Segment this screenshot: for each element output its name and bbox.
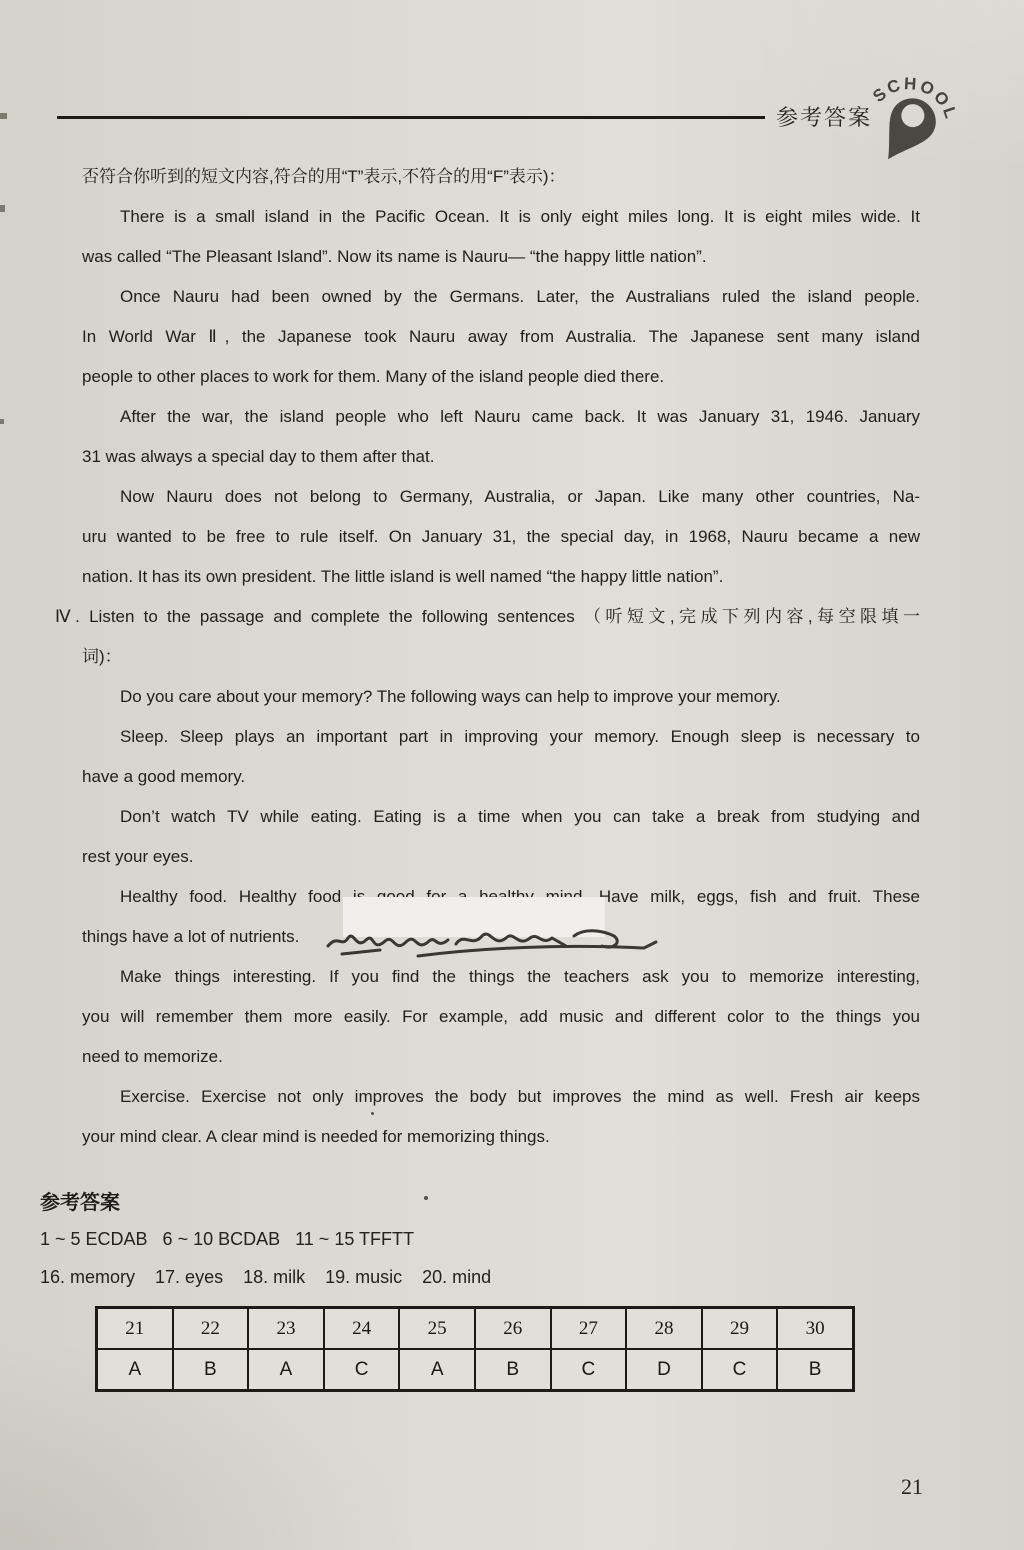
text-line: There is a small island in the Pacific O…: [82, 197, 920, 237]
text-line: In World War Ⅱ, the Japanese took Nauru …: [82, 317, 920, 357]
answer-cell: 22: [174, 1309, 250, 1350]
scan-artifact: [246, 1020, 249, 1023]
answer-cell: 28: [627, 1309, 703, 1350]
answers-heading: 参考答案: [40, 1186, 120, 1215]
text-line: After the war, the island people who lef…: [82, 397, 920, 437]
text-line: 词)：: [82, 637, 920, 677]
answer-cell: 21: [98, 1309, 174, 1350]
section-iv-heading: Ⅳ. Listen to the passage and complete th…: [82, 597, 920, 677]
text-line: Now Nauru does not belong to Germany, Au…: [82, 477, 920, 517]
text-line: 31 was always a special day to them afte…: [82, 437, 920, 477]
text-line: rest your eyes.: [82, 837, 920, 877]
scan-artifact: [424, 1196, 428, 1200]
answer-key-line-2: 16. memory 17. eyes 18. milk 19. music 2…: [40, 1267, 491, 1288]
text-line: nation. It has its own president. The li…: [82, 557, 920, 597]
answer-cell: D: [627, 1350, 703, 1389]
text-line: you will remember them more easily. For …: [82, 997, 920, 1037]
text-line: Sleep. Sleep plays an important part in …: [82, 717, 920, 757]
text-line: have a good memory.: [82, 757, 920, 797]
listening-passage-nauru: There is a small island in the Pacific O…: [82, 197, 920, 597]
answer-cell: A: [98, 1350, 174, 1389]
text-line: Don’t watch TV while eating. Eating is a…: [82, 797, 920, 837]
answer-table-answer-row: ABACABCDCB: [98, 1350, 852, 1389]
answer-key-line-1: 1 ~ 5 ECDAB 6 ~ 10 BCDAB 11 ~ 15 TFFTT: [40, 1229, 414, 1250]
header-rule: [57, 116, 765, 119]
answer-cell: B: [778, 1350, 852, 1389]
text-line: Exercise. Exercise not only improves the…: [82, 1077, 920, 1117]
answer-cell: B: [174, 1350, 250, 1389]
scan-artifact: [0, 419, 4, 424]
answer-cell: 30: [778, 1309, 852, 1350]
answer-cell: A: [400, 1350, 476, 1389]
text-line: Once Nauru had been owned by the Germans…: [82, 277, 920, 317]
page-number: 21: [901, 1474, 923, 1500]
answer-cell: B: [476, 1350, 552, 1389]
handwriting-scribble: [322, 920, 672, 970]
answer-cell: 25: [400, 1309, 476, 1350]
answer-cell: C: [325, 1350, 401, 1389]
text-line: need to memorize.: [82, 1037, 920, 1077]
page-body: 否符合你听到的短文内容,符合的用“T”表示,不符合的用“F”表示)： There…: [82, 157, 920, 1157]
text-line: people to other places to work for them.…: [82, 357, 920, 397]
answer-cell: C: [552, 1350, 628, 1389]
answer-cell: A: [249, 1350, 325, 1389]
answer-cell: 26: [476, 1309, 552, 1350]
text-line: your mind clear. A clear mind is needed …: [82, 1117, 920, 1157]
text-line: was called “The Pleasant Island”. Now it…: [82, 237, 920, 277]
text-line: uru wanted to be free to rule itself. On…: [82, 517, 920, 557]
answer-cell: 29: [703, 1309, 779, 1350]
answer-table-header-row: 21222324252627282930: [98, 1309, 852, 1350]
text-line: Do you care about your memory? The follo…: [82, 677, 920, 717]
answer-cell: 27: [552, 1309, 628, 1350]
answer-cell: 23: [249, 1309, 325, 1350]
answer-cell: C: [703, 1350, 779, 1389]
answer-table: 21222324252627282930 ABACABCDCB: [95, 1306, 855, 1392]
text-line: Ⅳ. Listen to the passage and complete th…: [55, 597, 920, 637]
answer-cell: 24: [325, 1309, 401, 1350]
intro-line: 否符合你听到的短文内容,符合的用“T”表示,不符合的用“F”表示)：: [82, 157, 920, 197]
scan-artifact: [0, 205, 5, 212]
scan-artifact: [371, 1112, 374, 1115]
scan-artifact: [0, 113, 7, 119]
